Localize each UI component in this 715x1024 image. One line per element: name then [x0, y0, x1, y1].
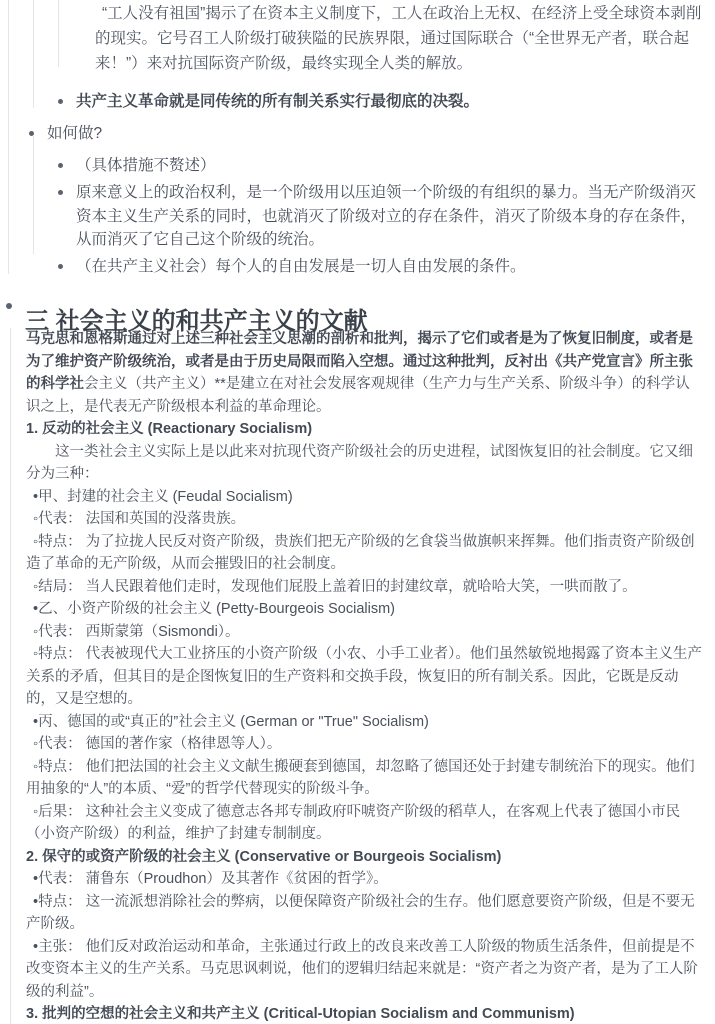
bullet-icon: [58, 264, 63, 269]
intro-regular-text: 会主义（共产主义）**是建立在对社会发展客观规律（生产力与生产关系、阶级斗争）的…: [26, 376, 690, 415]
bullet-icon: [6, 303, 12, 309]
indent-guide-line: [8, 0, 9, 274]
list-item: 共产主义革命就是同传统的所有制关系实行最彻底的决裂。: [76, 90, 706, 114]
list-item: （在共产主义社会）每个人的自由发展是一切人自由发展的条件。: [76, 255, 704, 279]
subsection-title: 2. 保守的或资产阶级的社会主义 (Conservative or Bourge…: [26, 846, 704, 869]
list-paragraph: •主张： 他们反对政治运动和革命，主张通过行政上的改良来改善工人阶级的物质生活条…: [26, 936, 704, 1004]
bullet-icon: [58, 163, 63, 168]
section-body: 马克思和恩格斯通过对上述三种社会主义思潮的剖析和批判，揭示了它们或者是为了恢复旧…: [10, 328, 704, 1024]
list-paragraph: ◦特点： 他们把法国的社会主义文献生搬硬套到德国，却忽略了德国还处于封建专制统治…: [26, 756, 704, 801]
list-paragraph: ◦代表： 法国和英国的没落贵族。: [26, 508, 704, 531]
indent-guide-line: [33, 0, 34, 108]
list-paragraph: •丙、德国的或“真正的”社会主义 (German or "True" Socia…: [26, 711, 704, 734]
list-item: 如何做?: [47, 122, 697, 146]
list-item: （具体措施不赘述）: [76, 154, 704, 178]
list-item-text: （具体措施不赘述）: [76, 157, 216, 174]
list-paragraph: ◦代表： 德国的著作家（格律恩等人）。: [26, 733, 704, 756]
indent-guide-line: [58, 0, 59, 67]
list-paragraph: •甲、封建的社会主义 (Feudal Socialism): [26, 486, 704, 509]
list-paragraph: ◦后果： 这种社会主义变成了德意志各邦专制政府吓唬资产阶级的稻草人，在客观上代表…: [26, 801, 704, 846]
bullet-icon: [58, 190, 63, 195]
list-item-text: 共产主义革命就是同传统的所有制关系实行最彻底的决裂。: [76, 93, 479, 110]
list-item-text: （在共产主义社会）每个人的自由发展是一切人自由发展的条件。: [76, 258, 526, 275]
list-item: 原来意义上的政治权利，是一个阶级用以压迫领一个阶级的有组织的暴力。当无产阶级消灭…: [76, 181, 704, 252]
indent-guide-line: [33, 136, 34, 254]
list-paragraph: ◦代表： 西斯蒙第（Sismondi）。: [26, 621, 704, 644]
list-paragraph: •乙、小资产阶级的社会主义 (Petty-Bourgeois Socialism…: [26, 598, 704, 621]
list-paragraph: ◦结局： 当人民跟着他们走时，发现他们屁股上盖着旧的封建纹章，就哈哈大笑，一哄而…: [26, 576, 704, 599]
list-item-text: 原来意义上的政治权利，是一个阶级用以压迫领一个阶级的有组织的暴力。当无产阶级消灭…: [76, 184, 696, 248]
list-item-text: 如何做?: [47, 125, 102, 142]
paragraph: 这一类社会主义实际上是以此来对抗现代资产阶级社会的历史进程，试图恢复旧的社会制度…: [26, 441, 704, 486]
document-page: “工人没有祖国”揭示了在资本主义制度下，工人在政治上无权、在经济上受全球资本剥削…: [0, 0, 715, 1024]
list-paragraph: ◦特点： 为了拉拢人民反对资产阶级，贵族们把无产阶级的乞食袋当做旗帜来挥舞。他们…: [26, 531, 704, 576]
subsection-title: 3. 批判的空想的社会主义和共产主义 (Critical-Utopian Soc…: [26, 1003, 704, 1024]
quote-paragraph: “工人没有祖国”揭示了在资本主义制度下，工人在政治上无权、在经济上受全球资本剥削…: [95, 1, 707, 76]
list-paragraph: •代表： 蒲鲁东（Proudhon）及其著作《贫困的哲学》。: [26, 868, 704, 891]
list-paragraph: ◦特点： 代表被现代大工业挤压的小资产阶级（小农、小手工业者）。他们虽然敏锐地揭…: [26, 643, 704, 711]
subsection-title: 1. 反动的社会主义 (Reactionary Socialism): [26, 418, 704, 441]
list-paragraph: •特点： 这一流派想消除社会的弊病，以便保障资产阶级社会的生存。他们愿意要资产阶…: [26, 891, 704, 936]
intro-paragraph: 马克思和恩格斯通过对上述三种社会主义思潮的剖析和批判，揭示了它们或者是为了恢复旧…: [26, 328, 704, 418]
bullet-icon: [29, 131, 34, 136]
bullet-icon: [58, 99, 63, 104]
